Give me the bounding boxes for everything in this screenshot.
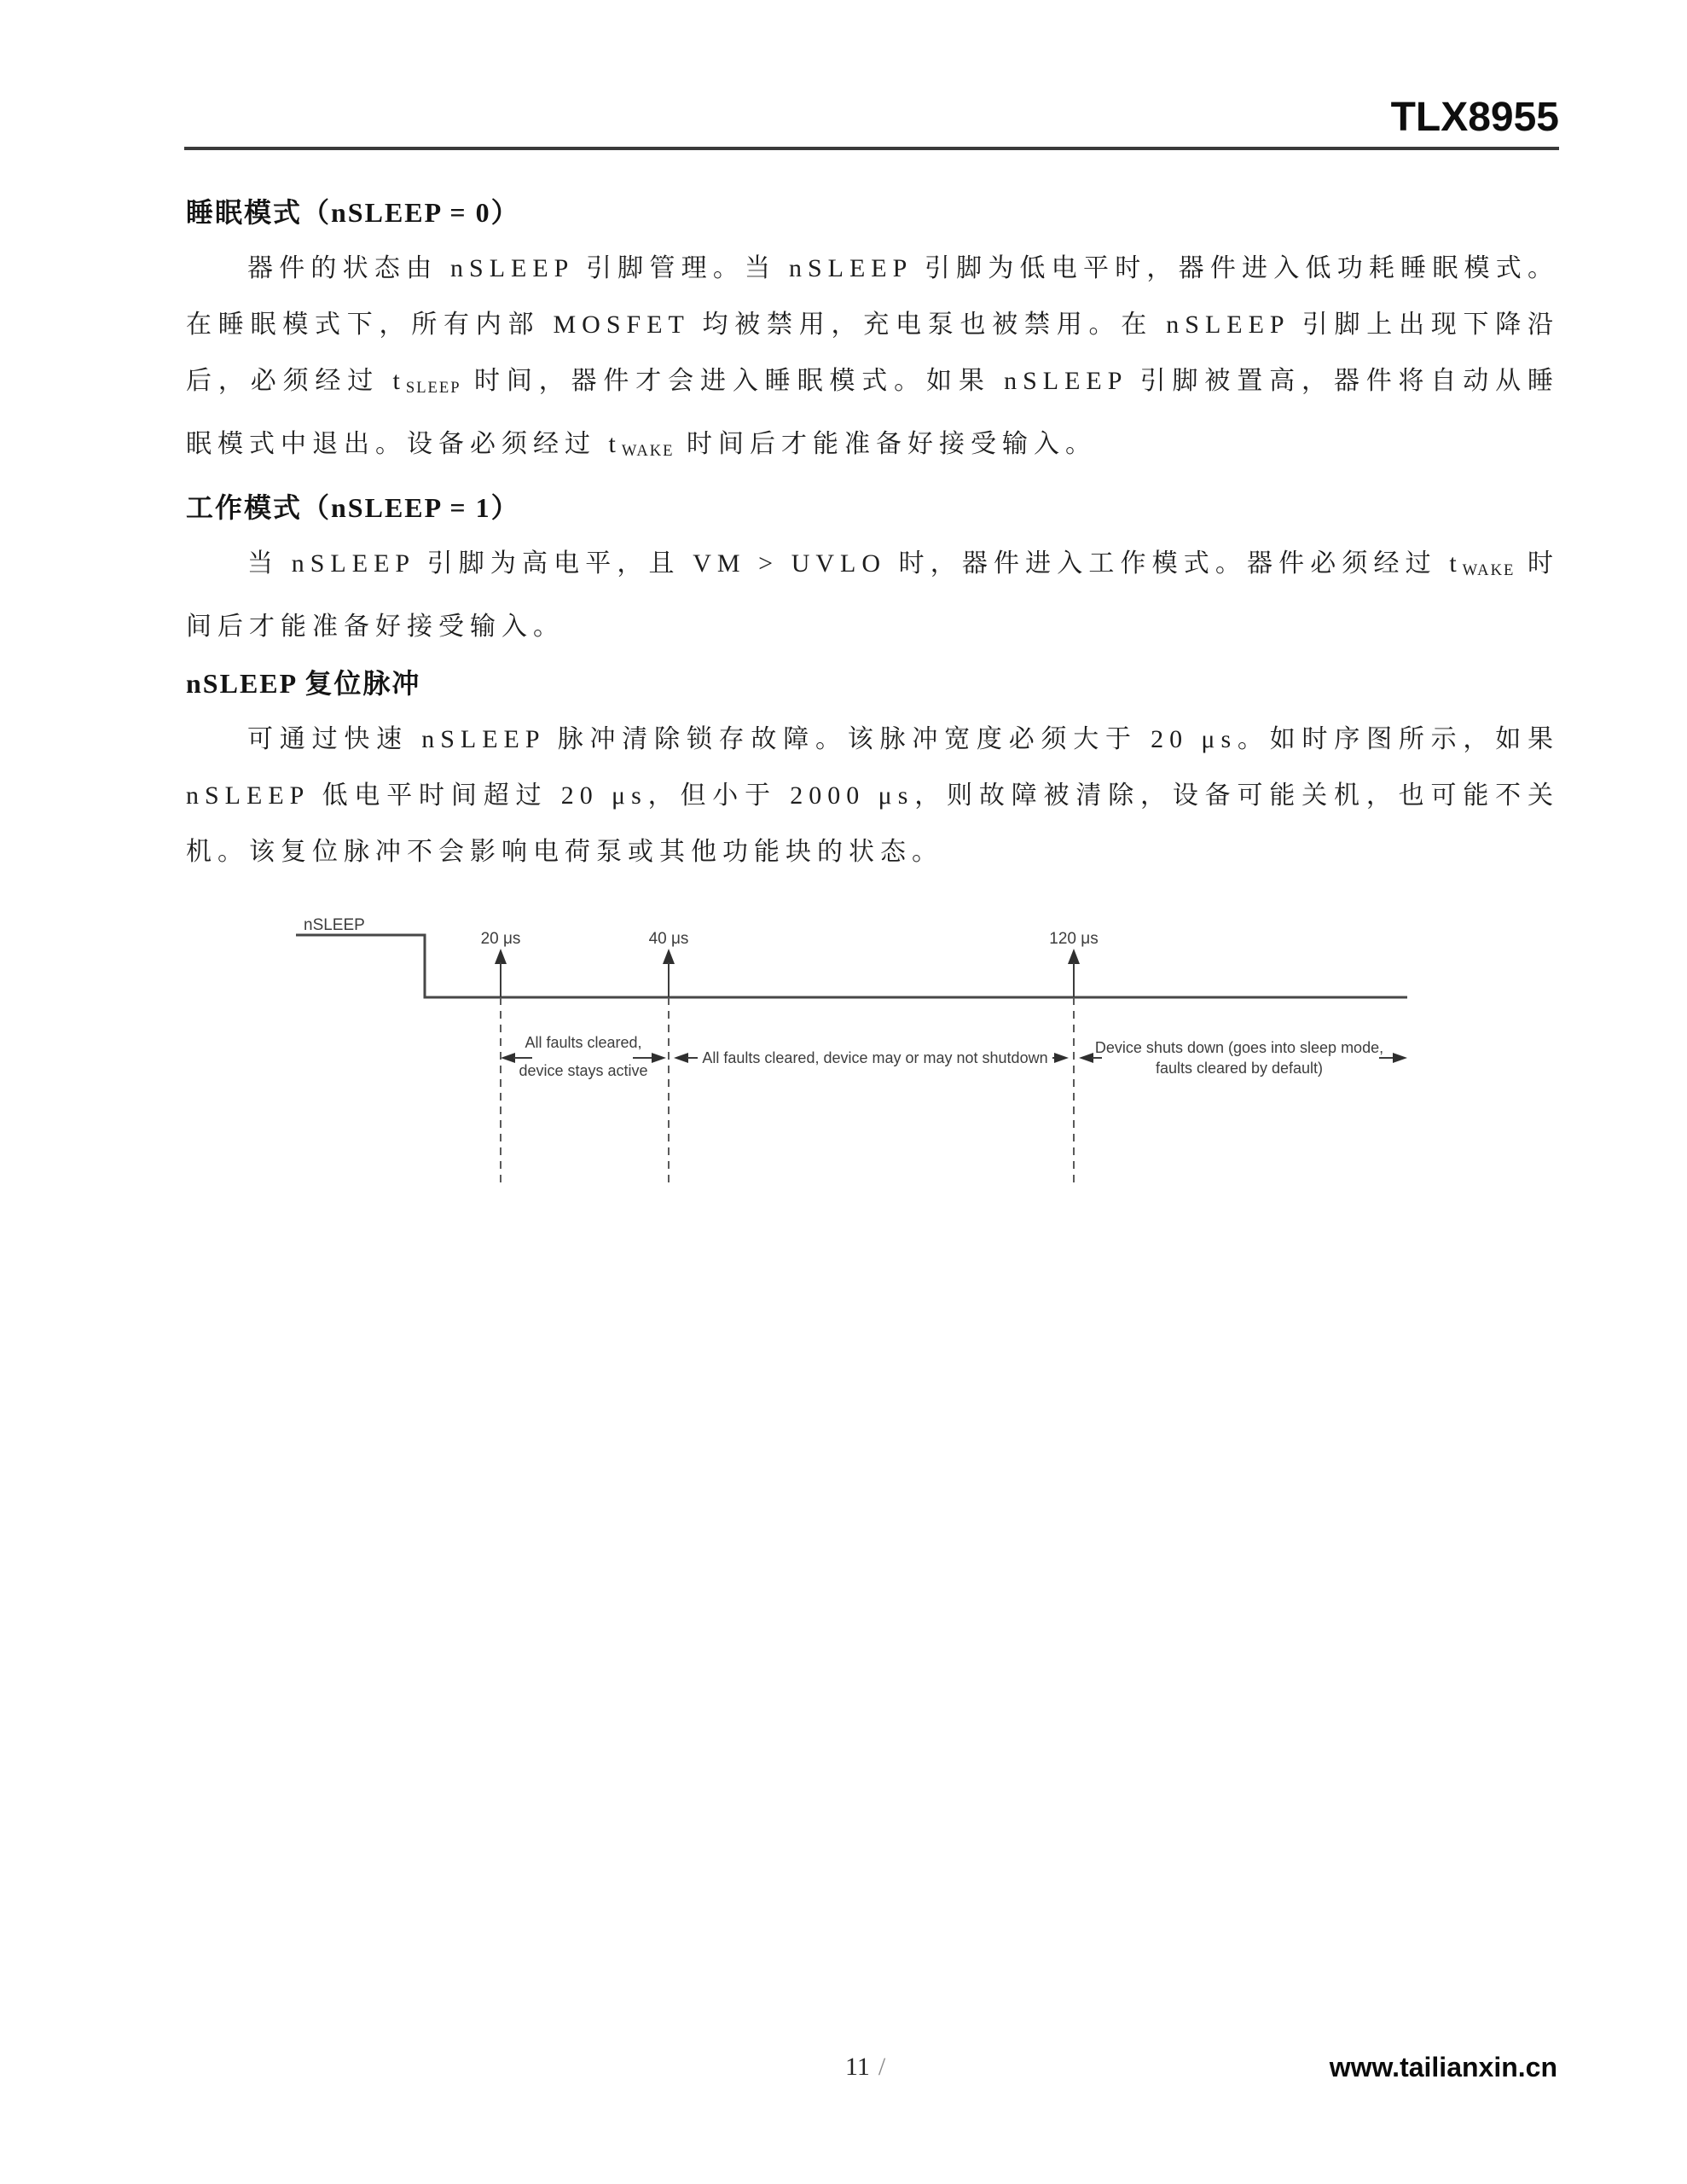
page-header: TLX8955	[0, 0, 1687, 150]
left-arrow-icon	[501, 1053, 515, 1063]
right-arrow-icon	[1054, 1053, 1069, 1063]
up-arrow-icon	[663, 949, 675, 964]
right-arrow-icon	[652, 1053, 666, 1063]
annotation-1-line-1: All faults cleared,	[525, 1034, 641, 1051]
up-arrow-icon	[495, 949, 507, 964]
timing-diagram-figure: nSLEEP 20 μs 40 μs 120 μs	[186, 891, 1687, 1194]
section-heading-operating-mode: 工作模式（nSLEEP = 1）	[186, 479, 1559, 536]
datasheet-page: TLX8955 睡眠模式（nSLEEP = 0） 器件的状态由 nSLEEP 引…	[0, 0, 1687, 2184]
annotation-3-line-2: faults cleared by default)	[1156, 1060, 1323, 1077]
marker-120us-label: 120 μs	[1049, 930, 1098, 948]
page-number-separator: /	[878, 2053, 885, 2081]
marker-20us-label: 20 μs	[481, 930, 521, 948]
left-arrow-icon	[1079, 1053, 1093, 1063]
paragraph-sleep-mode: 器件的状态由 nSLEEP 引脚管理。当 nSLEEP 引脚为低电平时，器件进入…	[186, 241, 1559, 479]
marker-40us-label: 40 μs	[649, 930, 689, 948]
timing-diagram: nSLEEP 20 μs 40 μs 120 μs	[186, 891, 1516, 1189]
signal-label: nSLEEP	[304, 916, 365, 934]
annotation-3-line-1: Device shuts down (goes into sleep mode,	[1095, 1039, 1383, 1056]
annotation-region-3: Device shuts down (goes into sleep mode,…	[1079, 1039, 1407, 1077]
page-content: 睡眠模式（nSLEEP = 0） 器件的状态由 nSLEEP 引脚管理。当 nS…	[186, 184, 1559, 880]
part-number-title: TLX8955	[186, 0, 1559, 140]
website-text: www.tailianxin.cn	[1330, 2052, 1557, 2083]
header-rule	[184, 147, 1559, 150]
annotation-2-line-1: All faults cleared, device may or may no…	[702, 1049, 1047, 1066]
annotation-region-1: All faults cleared, device stays active	[501, 1034, 666, 1079]
right-arrow-icon	[1393, 1053, 1407, 1063]
page-number-value: 11	[845, 2053, 870, 2081]
paragraph-nsleep-reset-pulse: 可通过快速 nSLEEP 脉冲清除锁存故障。该脉冲宽度必须大于 20 μs。如时…	[186, 712, 1559, 880]
paragraph-operating-mode: 当 nSLEEP 引脚为高电平，且 VM > UVLO 时，器件进入工作模式。器…	[186, 536, 1559, 655]
annotation-1-line-2: device stays active	[519, 1062, 647, 1079]
section-heading-sleep-mode: 睡眠模式（nSLEEP = 0）	[186, 184, 1559, 241]
section-heading-nsleep-reset-pulse: nSLEEP 复位脉冲	[186, 655, 1559, 712]
annotation-region-2: All faults cleared, device may or may no…	[674, 1049, 1069, 1066]
nsleep-waveform-line	[296, 935, 1407, 997]
up-arrow-icon	[1068, 949, 1080, 964]
page-number: 11/	[845, 2053, 885, 2082]
left-arrow-icon	[674, 1053, 688, 1063]
